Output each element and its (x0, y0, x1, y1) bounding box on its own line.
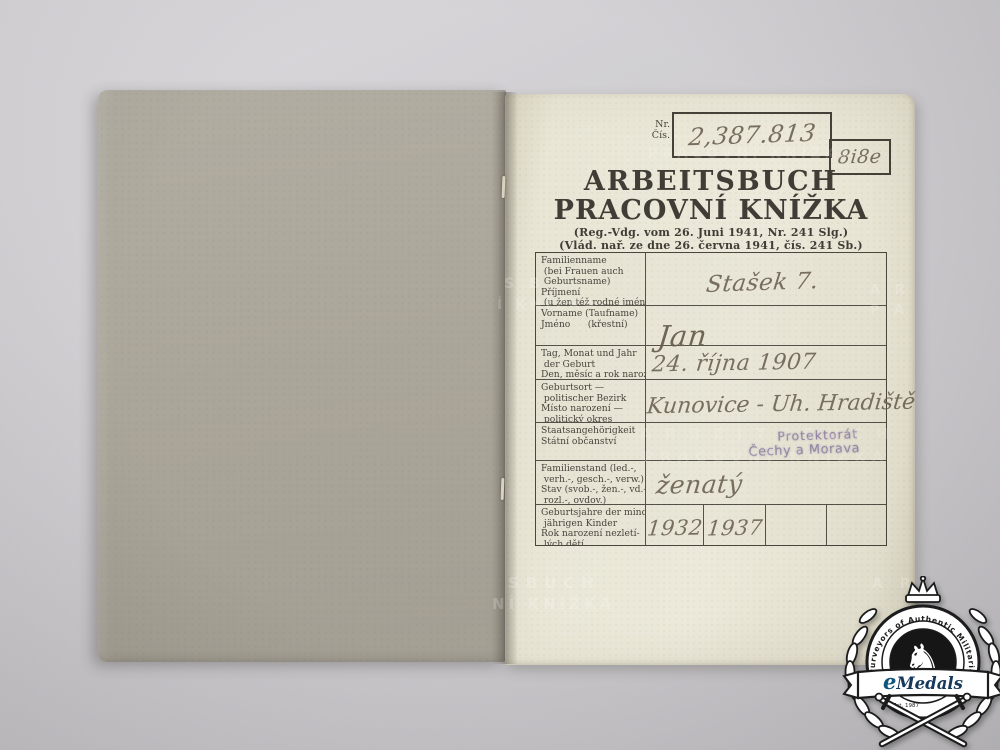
child-year-cell (766, 505, 827, 545)
title-czech: PRACOVNÍ KNÍŽKA (527, 196, 895, 226)
brand-e: e (883, 669, 896, 694)
number-code-value: 8i8e (837, 146, 883, 169)
photo-background: Nr. Čís. 2,387.813 8i8e ARBEITSBUCH PRAC… (0, 0, 1000, 750)
subtitle-german: (Reg.-Vdg. vom 26. Juni 1941, Nr. 241 Sl… (527, 226, 895, 239)
table-row-staatsangehoerigkeit: Staatsangehörigkeit Státní občanstvíProt… (536, 422, 886, 460)
row-value-staatsangehoerigkeit: ProtektorátČechy a Morava (646, 423, 886, 460)
row-value-familienname: Stašek 7. (646, 253, 886, 305)
row-value-geburtsort: Kunovice - Uh. Hradiště (646, 380, 915, 422)
child-year-value (796, 540, 797, 545)
row-label-vorname: Vorname (Taufname) Jméno (křestní) (536, 306, 646, 345)
subtitle-czech: (Vlád. nař. ze dne 26. června 1941, čís.… (527, 239, 895, 252)
handwritten-value-familienstand: ženatý (654, 469, 744, 504)
number-box: 2,387.813 (672, 112, 832, 158)
row-value-vorname: Jan (646, 306, 886, 345)
child-year-cell: 1937 (704, 505, 766, 545)
row-label-familienname: Familienname (bei Frauen auch Geburtsnam… (536, 253, 646, 305)
handwritten-value-geburtsort: Kunovice - Uh. Hradiště (645, 390, 916, 425)
child-year-value: 1932 (645, 516, 704, 546)
handwritten-value-vorname: Jan (656, 319, 709, 354)
table-row-familienname: Familienname (bei Frauen auch Geburtsnam… (536, 253, 886, 305)
row-label-kinder: Geburtsjahre der minder- jährigen Kinder… (536, 505, 646, 545)
table-row-familienstand: Familienstand (led.-, verh.-, gesch.-, v… (536, 460, 886, 504)
crown-icon (906, 576, 940, 602)
child-year-value (857, 540, 858, 545)
protektorat-stamp: ProtektorátČechy a Morava (724, 425, 885, 461)
table-row-geburtsdatum: Tag, Monat und Jahr der Geburt Den, měsí… (536, 345, 886, 379)
booklet-cover (98, 90, 506, 662)
table-row-geburtsort: Geburtsort — politischer Bezirk Místo na… (536, 379, 886, 422)
number-label: Nr. Čís. (640, 119, 670, 141)
document-title-block: ARBEITSBUCH PRACOVNÍ KNÍŽKA (Reg.-Vdg. v… (527, 167, 895, 252)
row-value-kinder: 19321937 (646, 505, 888, 545)
row-value-familienstand: ženatý (646, 461, 886, 504)
table-row-vorname: Vorname (Taufname) Jméno (křestní)Jan (536, 305, 886, 345)
title-german: ARBEITSBUCH (527, 167, 895, 196)
form-table: Familienname (bei Frauen auch Geburtsnam… (535, 252, 887, 546)
handwritten-value-geburtsdatum: 24. října 1907 (650, 350, 817, 381)
table-row-kinder: Geburtsjahre der minder- jährigen Kinder… (536, 504, 886, 545)
row-label-familienstand: Familienstand (led.-, verh.-, gesch.-, v… (536, 461, 646, 504)
row-label-staatsangehoerigkeit: Staatsangehörigkeit Státní občanství (536, 423, 646, 460)
brand-name: Medals (895, 674, 963, 693)
brand-banner: eMedals (844, 669, 1000, 698)
row-label-geburtsort: Geburtsort — politischer Bezirk Místo na… (536, 380, 646, 422)
handwritten-value-familienname: Stašek 7. (704, 268, 821, 307)
child-year-value: 1937 (705, 516, 764, 546)
child-year-cell (827, 505, 888, 545)
row-label-geburtsdatum: Tag, Monat und Jahr der Geburt Den, měsí… (536, 346, 646, 379)
emedals-watermark-logo: Purveyors of Authentic Militaria ♞ eMeda… (842, 576, 1000, 750)
number-value: 2,387.813 (687, 119, 818, 151)
child-year-cell: 1932 (646, 505, 704, 545)
